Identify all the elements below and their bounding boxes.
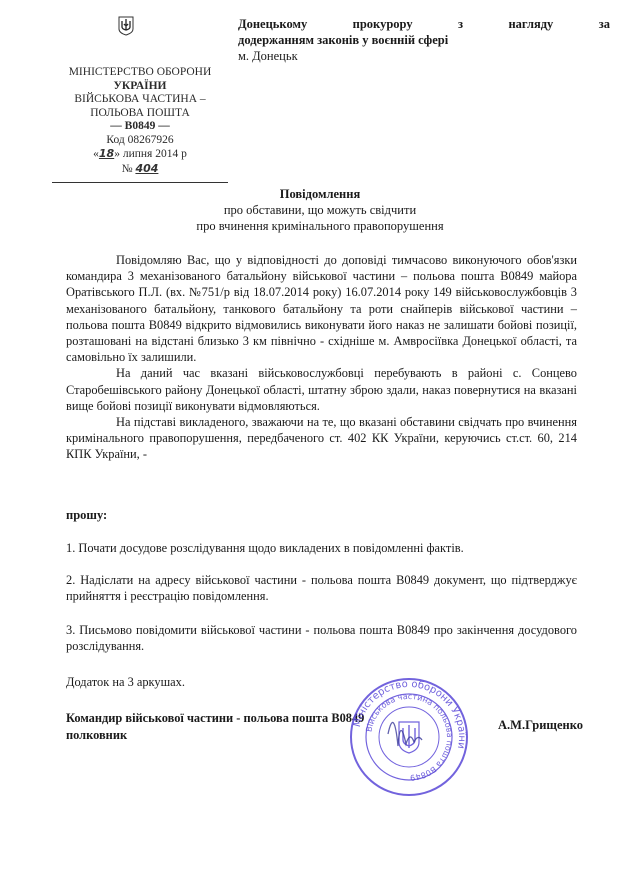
- title-heading: Повідомлення: [150, 186, 490, 202]
- sender-block: МІНІСТЕРСТВО ОБОРОНИ УКРАЇНИ ВІЙСЬКОВА Ч…: [58, 66, 222, 176]
- recipient-block: Донецькому прокурору з нагляду за додерж…: [238, 16, 610, 64]
- addendum-note: Додаток на 3 аркушах.: [66, 675, 185, 690]
- official-stamp-icon: Міністерство оборони України Військова ч…: [348, 676, 470, 798]
- trident-emblem-icon: [118, 16, 134, 36]
- document-date: «18» липня 2014 р: [58, 147, 222, 162]
- document-title: Повідомлення про обставини, що можуть св…: [150, 186, 490, 234]
- handwritten-day: 18: [99, 147, 114, 160]
- recipient-city: м. Донецьк: [238, 48, 610, 64]
- ministry-line2: УКРАЇНИ: [58, 80, 222, 94]
- document-body: Повідомляю Вас, що у відповідності до до…: [66, 252, 577, 463]
- signature-scribble: [388, 722, 422, 746]
- unit-line1: ВІЙСЬКОВА ЧАСТИНА –: [58, 93, 222, 107]
- header-divider: [52, 182, 228, 183]
- body-paragraph-1: Повідомляю Вас, що у відповідності до до…: [66, 252, 577, 365]
- signatory-position: Командир військової частини - польова по…: [66, 710, 364, 743]
- recipient-line2: додержанням законів у воєнній сфері: [238, 32, 610, 48]
- title-subtitle-2: про вчинення кримінального правопорушенн…: [150, 218, 490, 234]
- body-paragraph-2: На даний час вказані військовослужбовці …: [66, 365, 577, 414]
- request-label: прошу:: [66, 508, 107, 523]
- request-item-3: 3. Письмово повідомити військової частин…: [66, 622, 577, 654]
- unit-line2: ПОЛЬОВА ПОШТА: [58, 107, 222, 121]
- body-paragraph-3: На підставі викладеного, зважаючи на те,…: [66, 414, 577, 463]
- edrpou-code: Код 08267926: [58, 134, 222, 148]
- ministry-line1: МІНІСТЕРСТВО ОБОРОНИ: [58, 66, 222, 80]
- signatory-name: А.М.Грищенко: [498, 718, 583, 733]
- unit-code: — В0849 —: [58, 120, 222, 134]
- request-item-1: 1. Почати досудове розслідування щодо ви…: [66, 540, 577, 556]
- title-subtitle-1: про обставини, що можуть свідчити: [150, 202, 490, 218]
- request-item-2: 2. Надіслати на адресу військової частин…: [66, 572, 577, 604]
- document-number: № 404: [58, 162, 222, 177]
- recipient-line1: Донецькому прокурору з нагляду за: [238, 16, 610, 32]
- handwritten-number: 404: [135, 162, 158, 175]
